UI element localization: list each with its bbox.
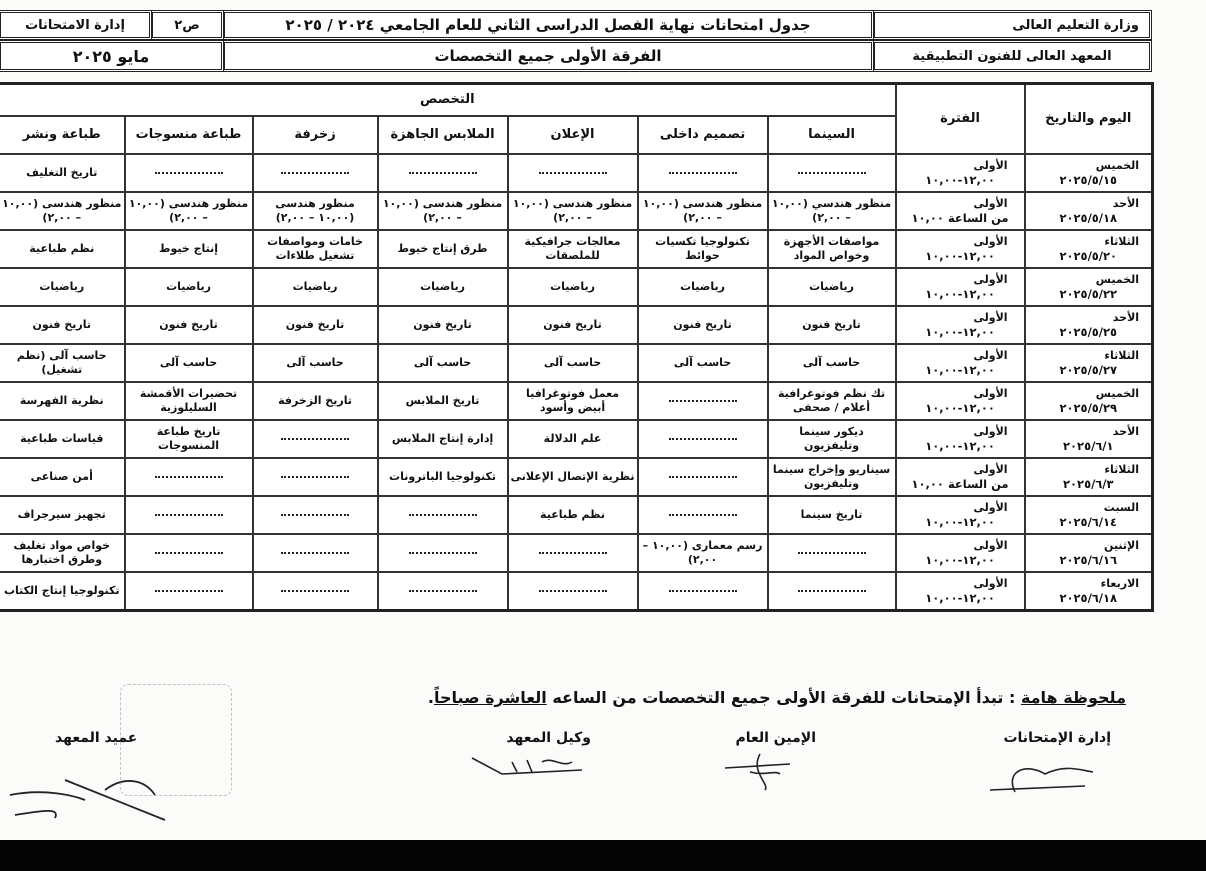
subject-name: منظور هندسى (١٠,٠٠ – ٢,٠٠) [2,197,121,224]
subject-cell: حاسب آلى (نظم تشغيل) [0,344,125,382]
subject-name: معمل فوتوغرافيا أبيض وأسود [526,387,619,414]
subject-cell [768,572,896,611]
subject-name: تكنولوجيا الباترونات [389,470,496,483]
day-date-cell: الثلاثاء٢٠٢٥/٥/٢٠ [1025,230,1153,268]
day-name: الأحد [1028,311,1150,325]
period-time: ١٢,٠٠-١٠,٠٠ [899,287,1022,301]
subject-cell [125,154,253,192]
subject-cell: حاسب آلى [125,344,253,382]
day-date-cell: الخميس٢٠٢٥/٥/١٥ [1025,154,1153,192]
subject-name: حاسب آلى (نظم تشغيل) [17,349,107,376]
subject-cell: منظور هندسى (١٠,٠٠ – ٢,٠٠) [378,192,508,230]
period-cell: الأولى١٢,٠٠-١٠,٠٠ [896,420,1025,458]
subject-cell: رياضيات [508,268,638,306]
subject-name: تاريخ طباعة المنسوجات [157,425,221,452]
period-name: الأولى [899,387,1022,401]
day-date-cell: الإثنين٢٠٢٥/٦/١٦ [1025,534,1153,572]
subject-cell [638,458,768,496]
period-cell: الأولىمن الساعة ١٠,٠٠ [896,192,1025,230]
period-time: من الساعة ١٠,٠٠ [899,477,1022,491]
table-row: الثلاثاء٢٠٢٥/٥/٢٧الأولى١٢,٠٠-١٠,٠٠حاسب آ… [0,344,1153,382]
subject-name: تحضيرات الأقمشة السليلوزية [140,387,237,414]
table-row: الأحد٢٠٢٥/٥/٢٥الأولى١٢,٠٠-١٠,٠٠تاريخ فنو… [0,306,1153,344]
subject-name: مواصفات الأجهزة وخواص المواد [784,235,880,262]
subject-name: رياضيات [809,280,854,293]
period-cell: الأولى١٢,٠٠-١٠,٠٠ [896,306,1025,344]
column-header-cinema: السينما [768,116,896,154]
subject-cell: نظم طباعية [0,230,125,268]
subject-cell [125,534,253,572]
subject-cell [508,572,638,611]
subject-cell: منظور هندسي (١٠,٠٠ – ٢,٠٠) [768,192,896,230]
exam-date: ٢٠٢٥/٥/٢٢ [1028,287,1150,301]
subject-name: رياضيات [293,280,338,293]
empty-marker [409,590,477,592]
subject-cell: تاريخ فنون [253,306,378,344]
subject-cell: تاريخ فنون [508,306,638,344]
subject-name: تكنولوجيا إنتاج الكتاب [4,584,120,597]
column-header-ready-made-clothes: الملابس الجاهزة [378,116,508,154]
subject-cell [378,154,508,192]
empty-marker [281,552,349,554]
day-name: الأحد [1028,425,1150,439]
table-row: الخميس٢٠٢٥/٥/١٥الأولى١٢,٠٠-١٠,٠٠تاريخ ال… [0,154,1153,192]
exam-date: ٢٠٢٥/٥/٢٧ [1028,363,1150,377]
period-name: الأولى [899,425,1022,439]
period-name: الأولى [899,159,1022,173]
day-date-cell: الثلاثاء٢٠٢٥/٦/٣ [1025,458,1153,496]
subject-cell: رسم معمارى (١٠,٠٠ – ٢,٠٠) [638,534,768,572]
subject-name: منظور هندسى (١٠,٠٠ – ٢,٠٠) [643,197,762,224]
day-date-cell: الخميس٢٠٢٥/٥/٢٩ [1025,382,1153,420]
period-name: الأولى [899,311,1022,325]
day-name: الاربعاء [1028,577,1150,591]
empty-marker [669,172,737,174]
subject-cell: خامات ومواصفات تشغيل طلاءات [253,230,378,268]
signature-scribble-icon [462,752,592,782]
subject-cell: تجهيز سيرجراف [0,496,125,534]
period-header: الفترة [896,84,1025,155]
period-time: ١٢,٠٠-١٠,٠٠ [899,363,1022,377]
exam-date: ٢٠٢٥/٥/٢٠ [1028,249,1150,263]
signature-secretary-general: الإمين العام [735,730,816,746]
subject-name: تاريخ فنون [413,318,471,331]
period-name: الأولى [899,577,1022,591]
empty-marker [669,590,737,592]
empty-marker [409,514,477,516]
period-cell: الأولى١٢,٠٠-١٠,٠٠ [896,382,1025,420]
subject-cell [253,420,378,458]
period-name: الأولى [899,235,1022,249]
period-cell: الأولى١٢,٠٠-١٠,٠٠ [896,534,1025,572]
subject-cell: منظور هندسى (١٠,٠٠ – ٢,٠٠) [253,192,378,230]
subject-name: طرق إنتاج خيوط [398,242,488,255]
note-text: : تبدأ الإمتحانات للفرقة الأولى جميع الت… [547,688,1021,707]
subject-cell: تاريخ الزخرفة [253,382,378,420]
subject-cell: معمل فوتوغرافيا أبيض وأسود [508,382,638,420]
subject-name: نظم طباعية [540,508,605,521]
empty-marker [155,172,223,174]
period-name: الأولى [899,197,1022,211]
column-header-printing-publishing: طباعة ونشر [0,116,125,154]
table-row: الخميس٢٠٢٥/٥/٢٩الأولى١٢,٠٠-١٠,٠٠تك نظم ف… [0,382,1153,420]
subject-name: تاريخ فنون [33,318,91,331]
subject-cell: حاسب آلى [768,344,896,382]
empty-marker [155,476,223,478]
subject-cell [768,534,896,572]
subject-cell: نظم طباعية [508,496,638,534]
subject-cell: منظور هندسى (١٠,٠٠ – ٢,٠٠) [638,192,768,230]
day-date-cell: الأحد٢٠٢٥/٥/١٨ [1025,192,1153,230]
subject-cell: تكنولوجيا تكسيات حوائط [638,230,768,268]
signature-scribble-icon [985,752,1105,797]
subject-cell [253,496,378,534]
note-time: العاشرة صباحاً [434,688,547,707]
subject-name: حاسب آلى [286,356,343,369]
day-date-cell: الاربعاء٢٠٢٥/٦/١٨ [1025,572,1153,611]
empty-marker [798,590,866,592]
ministry-label: وزارة التعليم العالى [872,10,1152,40]
subject-name: حاسب آلى [414,356,471,369]
column-header-advertising: الإعلان [508,116,638,154]
subject-cell [768,154,896,192]
empty-marker [669,400,737,402]
exam-date: ٢٠٢٥/٦/١٨ [1028,591,1150,605]
subject-name: رياضيات [166,280,211,293]
subject-name: تاريخ فنون [673,318,731,331]
day-name: الثلاثاء [1028,235,1150,249]
day-name: الأحد [1028,197,1150,211]
subject-cell: قياسات طباعية [0,420,125,458]
empty-marker [281,514,349,516]
empty-marker [281,476,349,478]
signature-vice-dean: وكيل المعهد [506,730,591,746]
period-cell: الأولى١٢,٠٠-١٠,٠٠ [896,496,1025,534]
period-name: الأولى [899,501,1022,515]
table-row: الأحد٢٠٢٥/٥/١٨الأولىمن الساعة ١٠,٠٠منظور… [0,192,1153,230]
subject-name: نظرية الإتصال الإعلانى [511,470,635,483]
subject-cell: علم الدلالة [508,420,638,458]
subject-cell: ديكور سينما وتليفزيون [768,420,896,458]
empty-marker [155,552,223,554]
subject-name: تاريخ الزخرفة [278,394,352,407]
subject-name: منظور هندسي (١٠,٠٠ – ٢,٠٠) [772,197,891,224]
subject-name: حاسب آلى [544,356,601,369]
subject-name: منظور هندسى (١٠,٠٠ – ٢,٠٠) [383,197,502,224]
day-name: الخميس [1028,273,1150,287]
department-label: إدارة الامتحانات [0,10,152,40]
institute-label: المعهد العالى للفنون التطبيقية [872,40,1152,72]
table-row: الخميس٢٠٢٥/٥/٢٢الأولى١٢,٠٠-١٠,٠٠رياضياتر… [0,268,1153,306]
subject-name: نظرية الفهرسة [20,394,104,407]
subject-cell: تاريخ طباعة المنسوجات [125,420,253,458]
day-name: الثلاثاء [1028,463,1150,477]
period-time: ١٢,٠٠-١٠,٠٠ [899,249,1022,263]
note-label: ملحوظة هامة [1021,688,1126,707]
period-time: من الساعة ١٠,٠٠ [899,211,1022,225]
specialization-header: التخصص [0,84,896,117]
subject-cell: منظور هندسى (١٠,٠٠ – ٢,٠٠) [0,192,125,230]
subject-cell [125,458,253,496]
important-note: ملحوظة هامة : تبدأ الإمتحانات للفرقة الأ… [428,688,1126,707]
period-time: ١٢,٠٠-١٠,٠٠ [899,401,1022,415]
day-name: الخميس [1028,159,1150,173]
subject-cell [125,572,253,611]
subject-cell: إدارة إنتاج الملابس [378,420,508,458]
period-time: ١٢,٠٠-١٠,٠٠ [899,439,1022,453]
subject-name: معالجات جرافيكية للملصقات [525,235,621,262]
subject-cell: رياضيات [253,268,378,306]
subject-cell [508,534,638,572]
period-time: ١٢,٠٠-١٠,٠٠ [899,325,1022,339]
exam-date: ٢٠٢٥/٥/١٨ [1028,211,1150,225]
subject-cell [125,496,253,534]
subject-cell: تك نظم فوتوغرافية أعلام / صحفى [768,382,896,420]
empty-marker [798,552,866,554]
table-row: الإثنين٢٠٢٥/٦/١٦الأولى١٢,٠٠-١٠,٠٠رسم معم… [0,534,1153,572]
subject-cell: تاريخ سينما [768,496,896,534]
subject-cell [253,572,378,611]
period-cell: الأولى١٢,٠٠-١٠,٠٠ [896,230,1025,268]
subject-cell: تكنولوجيا إنتاج الكتاب [0,572,125,611]
empty-marker [281,172,349,174]
subject-cell: خواص مواد تغليف وطرق اختبارها [0,534,125,572]
schedule-title: جدول امتحانات نهاية الفصل الدراسى الثاني… [222,10,874,40]
subject-name: ديكور سينما وتليفزيون [799,425,864,452]
subject-cell [638,382,768,420]
day-name: الثلاثاء [1028,349,1150,363]
subject-cell [638,154,768,192]
subject-cell: طرق إنتاج خيوط [378,230,508,268]
exam-date: ٢٠٢٥/٥/٢٩ [1028,401,1150,415]
subject-cell: تاريخ فنون [125,306,253,344]
subject-cell: تاريخ فنون [638,306,768,344]
subject-name: حاسب آلى [160,356,217,369]
subject-cell: رياضيات [125,268,253,306]
day-date-cell: الثلاثاء٢٠٢٥/٥/٢٧ [1025,344,1153,382]
empty-marker [798,172,866,174]
table-row: الاربعاء٢٠٢٥/٦/١٨الأولى١٢,٠٠-١٠,٠٠تكنولو… [0,572,1153,611]
subject-name: خامات ومواصفات تشغيل طلاءات [267,235,363,262]
day-date-cell: الخميس٢٠٢٥/٥/٢٢ [1025,268,1153,306]
period-name: الأولى [899,463,1022,477]
subject-name: منظور هندسى (١٠,٠٠ – ٢,٠٠) [275,197,355,224]
official-stamp [120,684,232,796]
subject-cell [638,496,768,534]
subject-name: خواص مواد تغليف وطرق اختبارها [13,539,110,566]
subject-cell: تاريخ فنون [0,306,125,344]
exam-date: ٢٠٢٥/٥/١٥ [1028,173,1150,187]
subject-name: أمن صناعى [31,470,93,483]
subject-name: قياسات طباعية [20,432,103,445]
period-name: الأولى [899,273,1022,287]
subject-cell: أمن صناعى [0,458,125,496]
subject-name: تاريخ سينما [801,508,863,521]
exam-date: ٢٠٢٥/٦/١٦ [1028,553,1150,567]
period-time: ١٢,٠٠-١٠,٠٠ [899,591,1022,605]
subject-cell: إنتاج خيوط [125,230,253,268]
subject-name: رسم معمارى (١٠,٠٠ – ٢,٠٠) [643,539,763,566]
subject-name: رياضيات [550,280,595,293]
period-cell: الأولى١٢,٠٠-١٠,٠٠ [896,344,1025,382]
period-time: ١٢,٠٠-١٠,٠٠ [899,553,1022,567]
subject-name: تاريخ الملابس [406,394,480,407]
subject-cell: حاسب آلى [508,344,638,382]
day-name: الإثنين [1028,539,1150,553]
signature-scribble-icon [720,752,800,792]
period-name: الأولى [899,349,1022,363]
day-date-header: اليوم والتاريخ [1025,84,1153,155]
subject-name: رياضيات [39,280,84,293]
subject-cell: رياضيات [768,268,896,306]
subject-name: تجهيز سيرجراف [18,508,106,521]
schedule-body: الخميس٢٠٢٥/٥/١٥الأولى١٢,٠٠-١٠,٠٠تاريخ ال… [0,154,1153,611]
table-row: الثلاثاء٢٠٢٥/٦/٣الأولىمن الساعة ١٠,٠٠سين… [0,458,1153,496]
subject-cell: رياضيات [638,268,768,306]
subject-name: رياضيات [420,280,465,293]
empty-marker [409,552,477,554]
period-time: ١٢,٠٠-١٠,٠٠ [899,515,1022,529]
subject-cell [638,572,768,611]
period-cell: الأولىمن الساعة ١٠,٠٠ [896,458,1025,496]
empty-marker [539,590,607,592]
subject-cell [508,154,638,192]
exam-schedule-document: وزارة التعليم العالى المعهد العالى للفنو… [0,0,1206,840]
subject-name: منظور هندسى (١٠,٠٠ – ٢,٠٠) [513,197,632,224]
empty-marker [409,172,477,174]
subject-cell: حاسب آلى [253,344,378,382]
day-date-cell: السبت٢٠٢٥/٦/١٤ [1025,496,1153,534]
exam-date: ٢٠٢٥/٦/١ [1028,439,1150,453]
subject-cell: معالجات جرافيكية للملصقات [508,230,638,268]
period-time: ١٢,٠٠-١٠,٠٠ [899,173,1022,187]
subject-name: رياضيات [680,280,725,293]
empty-marker [155,590,223,592]
subject-name: نظم طباعية [29,242,94,255]
subject-cell: تحضيرات الأقمشة السليلوزية [125,382,253,420]
subject-cell: رياضيات [0,268,125,306]
period-cell: الأولى١٢,٠٠-١٠,٠٠ [896,154,1025,192]
subject-cell: سيناريو وإخراج سينما وتليفزيون [768,458,896,496]
column-header-interior-design: تصميم داخلى [638,116,768,154]
empty-marker [539,552,607,554]
period-cell: الأولى١٢,٠٠-١٠,٠٠ [896,268,1025,306]
subject-name: حاسب آلى [803,356,860,369]
empty-marker [669,438,737,440]
subject-name: حاسب آلى [674,356,731,369]
subject-name: علم الدلالة [544,432,602,445]
subject-name: إدارة إنتاج الملابس [392,432,493,445]
empty-marker [281,590,349,592]
day-name: الخميس [1028,387,1150,401]
exam-date: ٢٠٢٥/٦/٣ [1028,477,1150,491]
period-name: الأولى [899,539,1022,553]
subject-cell: منظور هندسى (١٠,٠٠ – ٢,٠٠) [125,192,253,230]
bottom-black-margin [0,840,1206,871]
subject-cell [378,496,508,534]
subject-cell [378,534,508,572]
empty-marker [155,514,223,516]
level-label: الفرقة الأولى جميع التخصصات [222,40,874,72]
subject-cell: منظور هندسى (١٠,٠٠ – ٢,٠٠) [508,192,638,230]
subject-name: تاريخ التغليف [26,166,97,179]
subject-name: تاريخ فنون [802,318,860,331]
subject-cell: تكنولوجيا الباترونات [378,458,508,496]
subject-cell [378,572,508,611]
day-date-cell: الأحد٢٠٢٥/٥/٢٥ [1025,306,1153,344]
empty-marker [669,514,737,516]
exam-date: ٢٠٢٥/٥/٢٥ [1028,325,1150,339]
subject-cell [638,420,768,458]
subject-cell: تاريخ التغليف [0,154,125,192]
subject-cell: مواصفات الأجهزة وخواص المواد [768,230,896,268]
signature-exams-admin: إدارة الإمتحانات [1003,730,1111,746]
subject-name: سيناريو وإخراج سينما وتليفزيون [773,463,890,490]
exam-date: ٢٠٢٥/٦/١٤ [1028,515,1150,529]
day-date-cell: الأحد٢٠٢٥/٦/١ [1025,420,1153,458]
table-row: السبت٢٠٢٥/٦/١٤الأولى١٢,٠٠-١٠,٠٠تاريخ سين… [0,496,1153,534]
subject-name: إنتاج خيوط [159,242,218,255]
empty-marker [669,476,737,478]
column-header-textile-printing: طباعة منسوجات [125,116,253,154]
period-cell: الأولى١٢,٠٠-١٠,٠٠ [896,572,1025,611]
empty-marker [281,438,349,440]
subject-cell: نظرية الفهرسة [0,382,125,420]
month-label: مايو ٢٠٢٥ [0,40,224,72]
subject-cell: تاريخ فنون [768,306,896,344]
subject-cell [253,458,378,496]
subject-name: تاريخ فنون [159,318,217,331]
exam-schedule-table: اليوم والتاريخ الفترة التخصص السينما تصم… [0,82,1154,612]
subject-name: تاريخ فنون [543,318,601,331]
table-row: الثلاثاء٢٠٢٥/٥/٢٠الأولى١٢,٠٠-١٠,٠٠مواصفا… [0,230,1153,268]
subject-cell [253,154,378,192]
column-header-decoration: زخرفة [253,116,378,154]
day-name: السبت [1028,501,1150,515]
subject-cell: نظرية الإتصال الإعلانى [508,458,638,496]
subject-name: تكنولوجيا تكسيات حوائط [655,235,750,262]
subject-cell: حاسب آلى [378,344,508,382]
table-row: الأحد٢٠٢٥/٦/١الأولى١٢,٠٠-١٠,٠٠ديكور سينم… [0,420,1153,458]
subject-cell: تاريخ فنون [378,306,508,344]
empty-marker [539,172,607,174]
page-number: ص٢ [150,10,224,40]
subject-name: تك نظم فوتوغرافية أعلام / صحفى [778,387,885,414]
subject-cell: تاريخ الملابس [378,382,508,420]
subject-cell [253,534,378,572]
subject-cell: حاسب آلى [638,344,768,382]
subject-name: منظور هندسى (١٠,٠٠ – ٢,٠٠) [129,197,248,224]
subject-name: تاريخ فنون [286,318,344,331]
subject-cell: رياضيات [378,268,508,306]
